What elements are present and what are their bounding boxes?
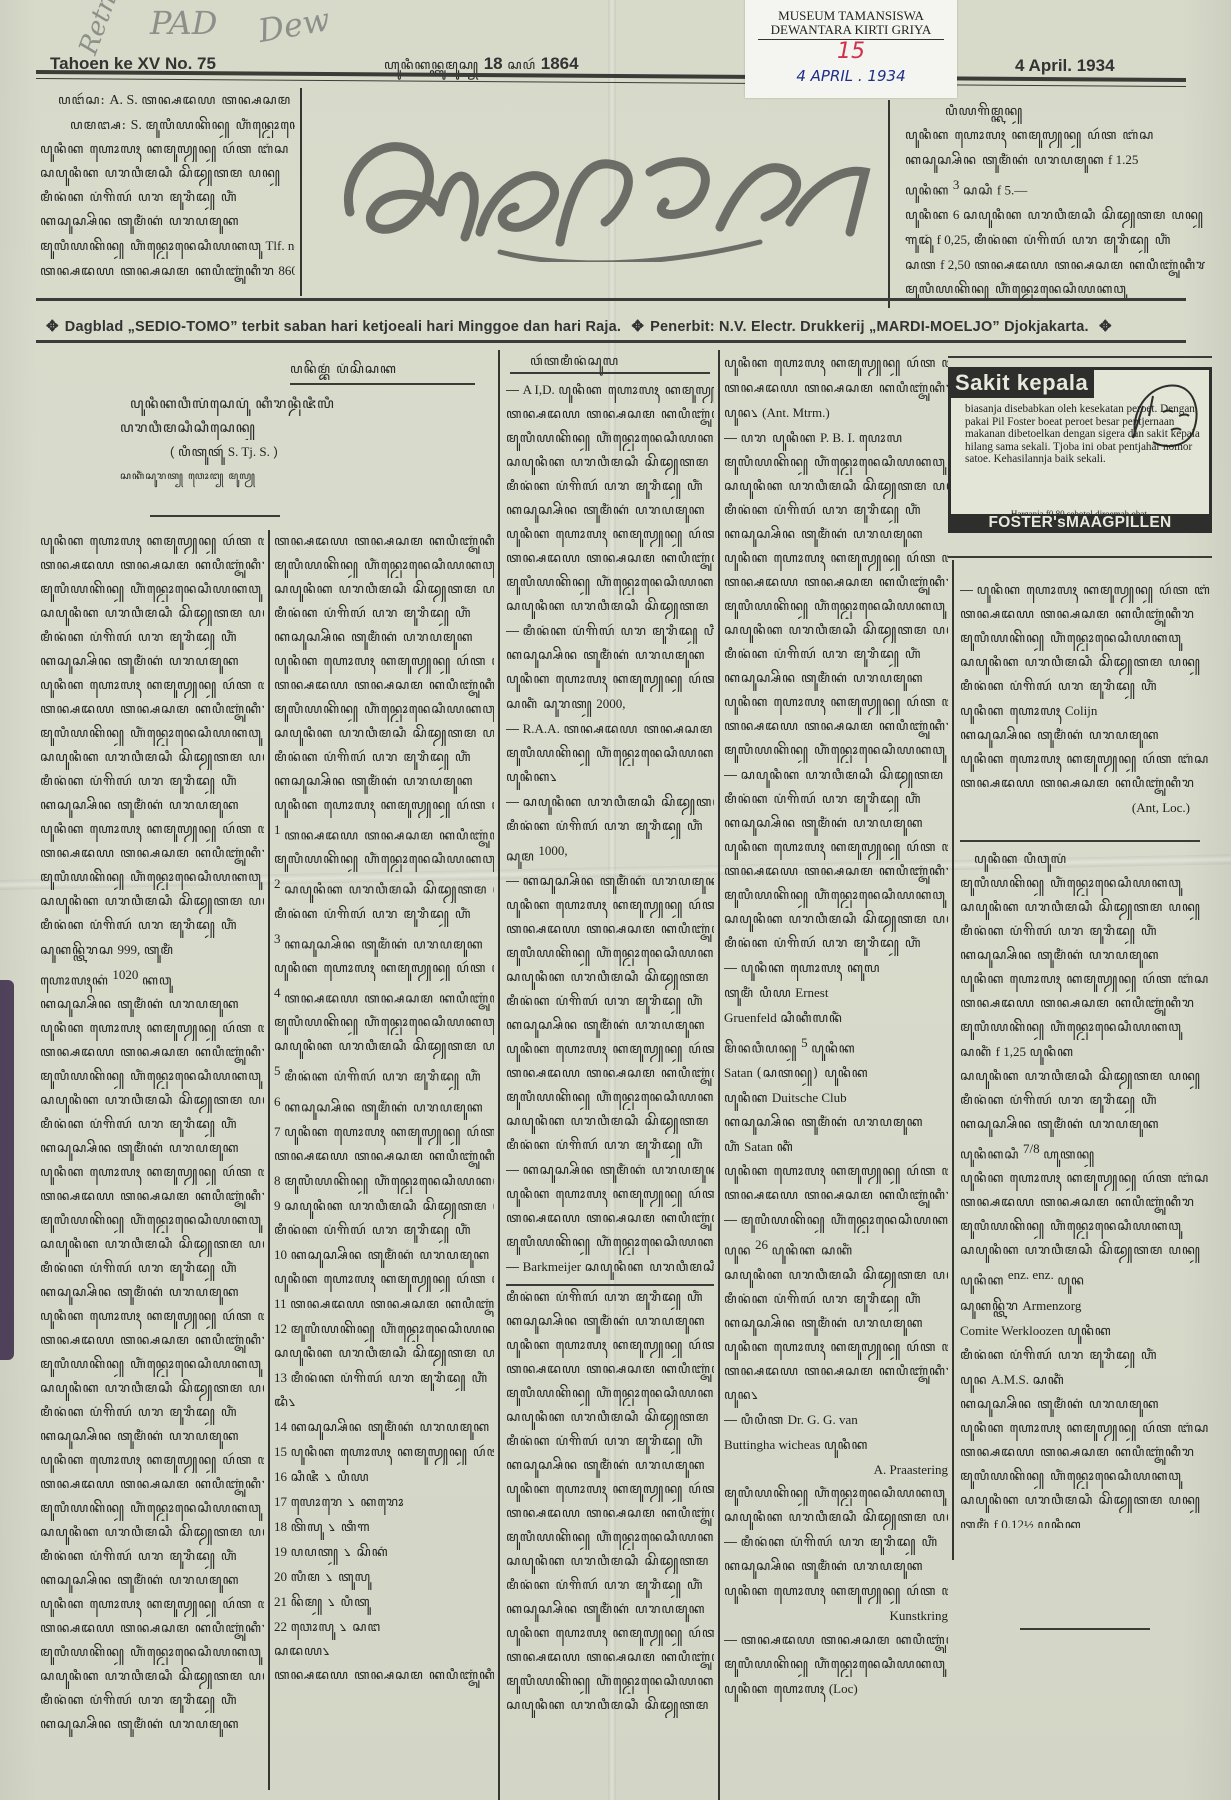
ad-rule-bottom [948, 556, 1212, 558]
ornament-icon: ✥ [46, 318, 59, 335]
column-divider [300, 88, 302, 296]
article-column-1: ꦥꦸꦤꦶꦏ ꦲꦺꦴꦭꦃ ꦏꦩꦸꦭꦾꦤ꧀ ꦥꦂꦠ ꦧꦁꦱ ꦠꦤ꧀ꦱꦢꦪ ꦠꦤ꧀ꦱꦱ… [40, 530, 264, 1790]
column-divider [498, 350, 500, 1800]
column-divider [268, 530, 270, 1790]
section-rule [290, 383, 475, 385]
sedio-tomo-script-logo [320, 112, 880, 262]
banner-rule-top [36, 298, 1186, 301]
article-column-2: ꦠꦤ꧀ꦱꦢꦪ ꦠꦤ꧀ꦱꦱꦩ ꦏꦥꦶꦚ꧀ꦗꦸꦁꦏꦶꦫ ꦩꦸꦭꦶꦪꦏꦼꦤ꧀ ꦲꦶꦁꦤ… [274, 530, 494, 1790]
ornament-icon: ✥ [631, 318, 644, 335]
main-article-header: ꦥꦸꦤꦶꦏꦮꦶꦭꦁꦱꦺꦥꦸꦁ ꦏꦶꦫꦤ꧀ꦝꦶꦗꦶꦭꦶ ꦥꦫꦮꦶꦩꦱꦶꦱꦶꦱꦺꦤ꧀… [120, 392, 490, 512]
article-subnote: ꦱꦏꦶꦁꦱꦸꦫꦠ꧀ ꦮꦺꦴꦔ꧀ ꦩꦸꦭꦾ [120, 465, 490, 489]
news-source: (Ant, Loc.) [1132, 800, 1190, 815]
article-title: ꦥꦸꦤꦶꦏꦮꦶꦭꦁꦱꦺꦥꦸꦁ ꦏꦶꦫꦤ꧀ꦝꦶꦗꦶꦭꦶ [120, 392, 490, 416]
price: f 1,25 [996, 1044, 1026, 1059]
foster-advertisement[interactable]: Sakit kepala biasanja disebabkan oleh ke… [948, 367, 1212, 533]
section-title: ꦥꦸꦤꦶꦏ ꦥꦶꦮꦸꦭꦁ [960, 848, 1210, 872]
museum-subname: DEWANTARA KIRTI GRIYA [745, 23, 957, 37]
section-title: ꦥꦤꦼꦩ꧀ꦧꦁ ꦥꦁꦱꦼꦱꦏ [290, 358, 397, 385]
end-rule [1020, 1628, 1150, 1630]
masthead-logo [320, 112, 880, 262]
ad-body-text: biasanja disebabkan oleh kesekatan peroe… [965, 403, 1203, 466]
column-divider [888, 100, 890, 308]
column-divider [952, 560, 954, 1560]
person-name: Gruenfeld [724, 1010, 777, 1025]
article-author: S. Tj. S. [228, 444, 270, 459]
article-title: ꦥꦫꦮꦶꦩꦱꦶꦱꦶꦱꦺꦤ꧀ [120, 416, 490, 440]
news-source: (Ant. Mtrm.) [762, 405, 830, 420]
right-column-news-2: ꦥꦸꦤꦶꦏ ꦥꦶꦮꦸꦭꦁ ꦩꦸꦭꦶꦪꦏꦼꦤ꧀ ꦲꦶꦁꦤ꧀ꦝꦺꦴꦤꦺꦱꦶꦪꦏꦮꦸ … [960, 848, 1210, 1528]
ad-brand: FOSTER'sMAAGPILLEN [951, 514, 1209, 532]
news-column: — A I,D. ꦥꦸꦤꦶꦏ ꦲꦺꦴꦭꦃ ꦏꦩꦸꦭꦾꦤ꧀ ꦥꦂꦠ ꦧꦁꦱ ꦠꦤ꧀… [506, 378, 714, 1798]
banner-rule-bottom [36, 340, 1186, 343]
person-name: Colijn [1065, 703, 1098, 718]
ad-rule-top [948, 356, 1212, 358]
column-divider [718, 350, 720, 1800]
title-rule [150, 515, 280, 517]
price: f 0,25, [937, 232, 971, 247]
news-column-2: ꦥꦸꦤꦶꦏ ꦲꦺꦴꦭꦃ ꦏꦩꦸꦭꦾꦤ꧀ ꦥꦂꦠ ꦧꦁꦱ ꦠꦤ꧀ꦱꦢꦪ ꦠꦤ꧀ꦱꦱ… [724, 352, 948, 1772]
museum-name: MUSEUM TAMANSISWA [745, 9, 957, 23]
pencil-note: PAD [150, 4, 217, 42]
publisher-banner: ✥Dagblad „SEDIO-TOMO” terbit saban hari … [40, 317, 1190, 335]
price: f 2,50 [940, 257, 970, 272]
subscription-box: ꦥꦶꦪꦒꦼꦩ꧀ꦏꦤ꧀ ꦥꦸꦤꦶꦏ ꦲꦺꦴꦭꦃ ꦏꦩꦸꦭꦾꦤ꧀ ꦥꦂꦠ ꦧꦁꦱ ꦏ… [905, 100, 1205, 300]
ornament-icon: ✥ [1099, 318, 1112, 335]
archive-date: 4 APRIL . 1934 [745, 67, 957, 85]
background-edge [0, 980, 14, 1360]
price: f 0,12½ [994, 1517, 1034, 1528]
price: f 5.— [997, 182, 1027, 197]
museum-archive-label: MUSEUM TAMANSISWA DEWANTARA KIRTI GRIYA … [745, 0, 957, 98]
person-name: Ernest [795, 985, 828, 1000]
editorial-box: ꦥꦔꦂꦱ: A. S. ꦠꦤ꧀ꦱꦢꦪ ꦠꦤ꧀ꦱꦱꦩ ꦏꦥꦶꦚ꧀ꦗꦸꦁꦏꦶꦫ ꦥꦩ… [40, 88, 295, 293]
ad-headline: Sakit kepala [951, 370, 1094, 398]
gregorian-date: 4 April. 1934 [1015, 56, 1115, 76]
phone-number: Tlf. no. 578, [265, 238, 295, 253]
section-rule [510, 372, 710, 374]
price: f 1.25 [1108, 152, 1138, 167]
archive-number: 15 [745, 40, 957, 64]
section-rule [960, 840, 1200, 842]
subscription-heading: ꦥꦶꦪꦒꦼꦩ꧀ꦏꦤ꧀ [905, 100, 1205, 124]
